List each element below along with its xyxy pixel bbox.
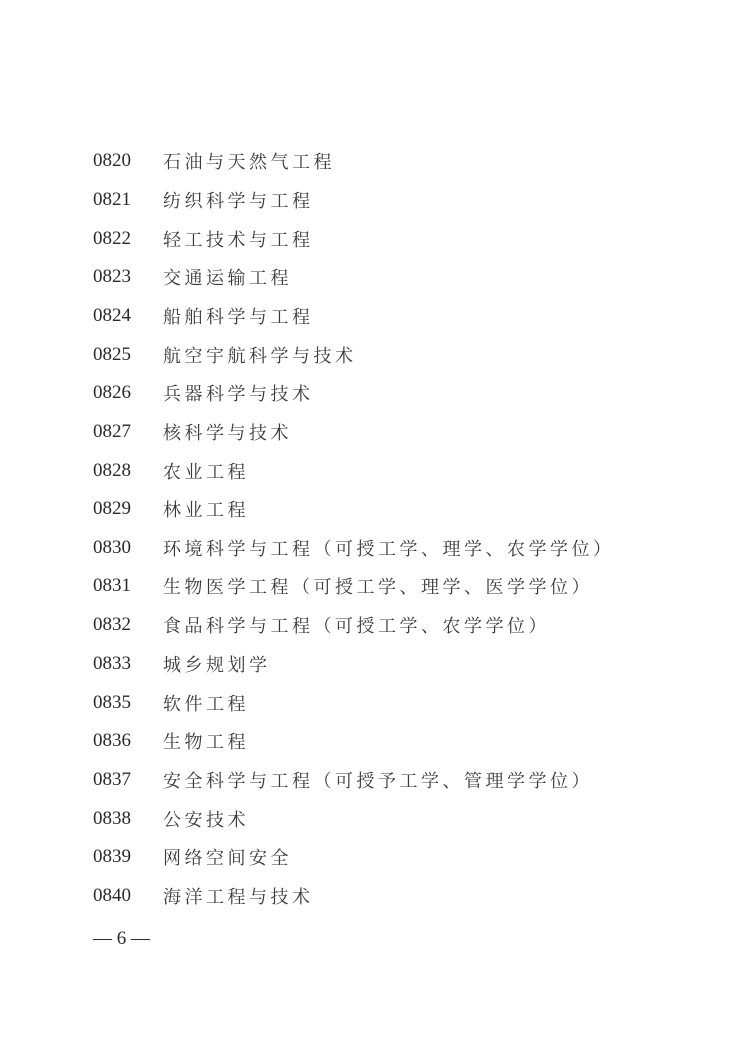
list-item: 0837 安全科学与工程（可授予工学、管理学学位） — [93, 765, 593, 795]
discipline-name: 兵器科学与技术 — [163, 380, 314, 406]
discipline-name: 交通运输工程 — [163, 264, 292, 290]
discipline-code: 0828 — [93, 460, 163, 482]
discipline-name: 公安技术 — [163, 806, 249, 832]
discipline-name: 纺织科学与工程 — [163, 187, 314, 213]
discipline-code: 0832 — [93, 614, 163, 636]
list-item: 0830 环境科学与工程（可授工学、理学、农学学位） — [93, 533, 615, 563]
discipline-name: 林业工程 — [163, 496, 249, 522]
list-item: 0827 核科学与技术 — [93, 417, 292, 447]
discipline-code: 0831 — [93, 575, 163, 597]
discipline-name: 生物工程 — [163, 728, 249, 754]
discipline-code: 0833 — [93, 653, 163, 675]
discipline-name: 石油与天然气工程 — [163, 148, 335, 174]
list-item: 0833 城乡规划学 — [93, 649, 271, 679]
discipline-name: 安全科学与工程（可授予工学、管理学学位） — [163, 767, 593, 793]
list-item: 0821 纺织科学与工程 — [93, 185, 314, 215]
list-item: 0840 海洋工程与技术 — [93, 881, 314, 911]
discipline-code: 0837 — [93, 769, 163, 791]
discipline-name: 生物医学工程（可授工学、理学、医学学位） — [163, 573, 593, 599]
page-number: — 6 — — [93, 928, 150, 950]
discipline-name: 海洋工程与技术 — [163, 883, 314, 909]
list-item: 0822 轻工技术与工程 — [93, 224, 314, 254]
list-item: 0828 农业工程 — [93, 456, 249, 486]
discipline-code: 0824 — [93, 305, 163, 327]
discipline-code: 0839 — [93, 846, 163, 868]
discipline-name: 船舶科学与工程 — [163, 303, 314, 329]
list-item: 0826 兵器科学与技术 — [93, 378, 314, 408]
discipline-code: 0823 — [93, 266, 163, 288]
discipline-name: 环境科学与工程（可授工学、理学、农学学位） — [163, 535, 615, 561]
discipline-name: 网络空间安全 — [163, 844, 292, 870]
discipline-code: 0820 — [93, 150, 163, 172]
discipline-code: 0835 — [93, 692, 163, 714]
discipline-name: 航空宇航科学与技术 — [163, 342, 357, 368]
discipline-code: 0840 — [93, 885, 163, 907]
discipline-code: 0838 — [93, 808, 163, 830]
list-item: 0835 软件工程 — [93, 688, 249, 718]
discipline-code: 0821 — [93, 189, 163, 211]
list-item: 0831 生物医学工程（可授工学、理学、医学学位） — [93, 571, 593, 601]
discipline-code: 0830 — [93, 537, 163, 559]
discipline-name: 城乡规划学 — [163, 651, 271, 677]
discipline-name: 软件工程 — [163, 690, 249, 716]
list-item: 0836 生物工程 — [93, 726, 249, 756]
list-item: 0824 船舶科学与工程 — [93, 301, 314, 331]
list-item: 0825 航空宇航科学与技术 — [93, 340, 357, 370]
discipline-code: 0827 — [93, 421, 163, 443]
list-item: 0832 食品科学与工程（可授工学、农学学位） — [93, 610, 550, 640]
list-item: 0820 石油与天然气工程 — [93, 146, 335, 176]
list-item: 0829 林业工程 — [93, 494, 249, 524]
discipline-code: 0822 — [93, 228, 163, 250]
discipline-name: 核科学与技术 — [163, 419, 292, 445]
discipline-name: 轻工技术与工程 — [163, 226, 314, 252]
discipline-name: 食品科学与工程（可授工学、农学学位） — [163, 612, 550, 638]
list-item: 0838 公安技术 — [93, 804, 249, 834]
document-page: 0820 石油与天然气工程 0821 纺织科学与工程 0822 轻工技术与工程 … — [0, 0, 744, 1052]
discipline-code: 0825 — [93, 344, 163, 366]
list-item: 0823 交通运输工程 — [93, 262, 292, 292]
discipline-code: 0836 — [93, 730, 163, 752]
discipline-code: 0829 — [93, 498, 163, 520]
discipline-name: 农业工程 — [163, 458, 249, 484]
list-item: 0839 网络空间安全 — [93, 842, 292, 872]
discipline-code: 0826 — [93, 382, 163, 404]
